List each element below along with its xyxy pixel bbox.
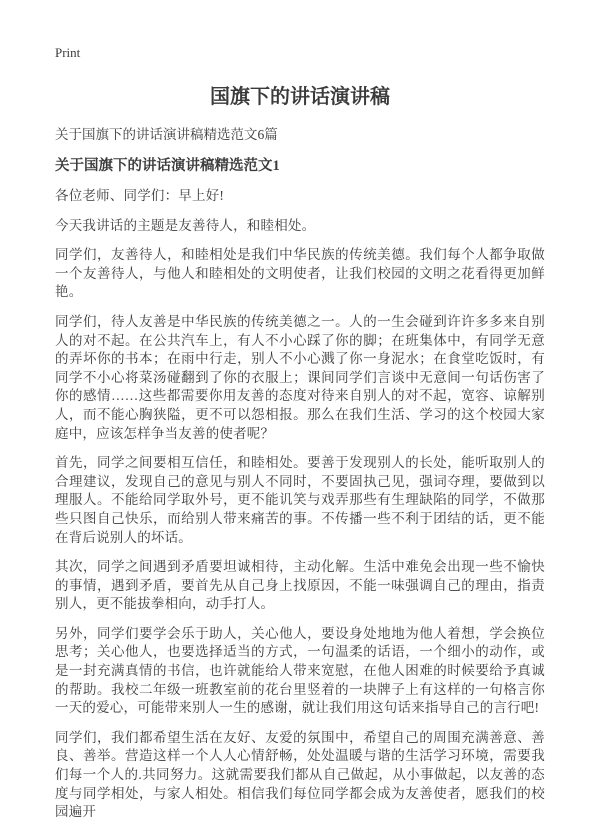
section-heading: 关于国旗下的讲话演讲稿精选范文1 [55,157,545,176]
subtitle: 关于国旗下的讲话演讲稿精选范文6篇 [55,126,545,144]
paragraph-first-point: 首先，同学之间要相互信任，和睦相处。要善于发现别人的长处，能听取别人的合理建议，… [55,454,545,547]
page-title: 国旗下的讲话演讲稿 [55,84,545,110]
paragraph-second-point: 其次，同学之间遇到矛盾要坦诚相待，主动化解。生活中难免会出现一些不愉快的事情，遇… [55,558,545,614]
paragraph-conclusion: 同学们，我们都希望生活在友好、友爱的氛围中，希望自己的周围充满善意、善良、善举。… [55,729,545,822]
paragraph-examples: 同学们，待人友善是中华民族的传统美德之一。人的一生会碰到许许多多来自别人的对不起… [55,313,545,443]
print-link[interactable]: Print [55,45,80,61]
paragraph-greeting: 各位老师、同学们：早上好! [55,187,545,206]
paragraph-third-point: 另外，同学们要学会乐于助人，关心他人，要设身处地地为他人着想，学会换位思考；关心… [55,625,545,718]
document-page: Print 国旗下的讲话演讲稿 关于国旗下的讲话演讲稿精选范文6篇 关于国旗下的… [0,0,600,828]
paragraph-topic: 今天我讲话的主题是友善待人，和睦相处。 [55,217,545,236]
paragraph-intro: 同学们，友善待人，和睦相处是我们中华民族的传统美德。我们每个人都争取做一个友善待… [55,246,545,302]
